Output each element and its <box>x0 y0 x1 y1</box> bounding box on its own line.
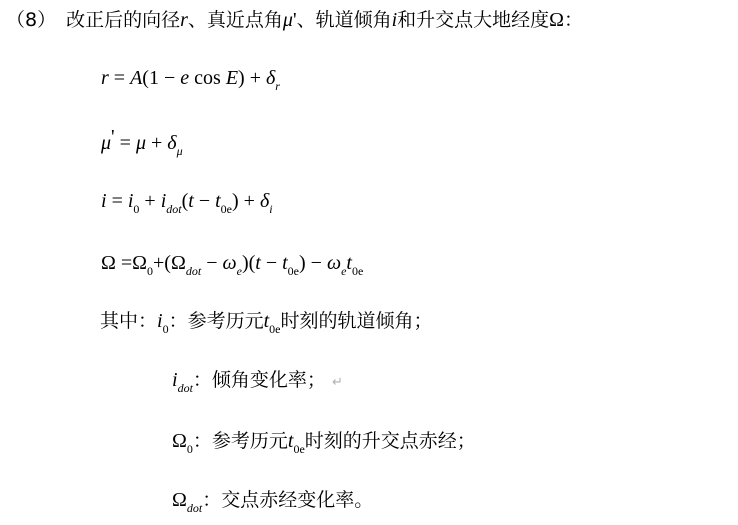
def-sub: 0 <box>163 322 169 336</box>
eq-op: + <box>139 190 160 212</box>
def-text: 倾角变化率； <box>212 369 326 391</box>
eq-var: A <box>130 67 142 89</box>
eq-op: (1 − <box>142 67 180 89</box>
eq-var: e <box>180 67 189 89</box>
def-symbol: i <box>172 369 178 391</box>
heading-text: 、轨道倾角 <box>297 9 392 31</box>
var-r: r <box>180 9 188 31</box>
eq-var: ω <box>222 252 236 274</box>
eq-var: δ <box>260 190 269 212</box>
eq-var: t <box>215 190 221 212</box>
colon: ： <box>193 369 212 391</box>
eq-sub: 0 <box>133 202 139 216</box>
eq-op: ) − <box>299 252 327 274</box>
heading-text: 和升交点大地经度 <box>397 9 549 31</box>
var-mu: μ <box>283 9 293 31</box>
colon: ： <box>564 9 583 31</box>
eq-op: − <box>201 252 222 274</box>
eq-var: Ω <box>132 252 147 274</box>
eq-op: +( <box>153 252 171 274</box>
eq-lhs: μ <box>101 132 111 154</box>
eq-sub: dot <box>186 264 201 278</box>
definition-omegadot: Ωdot：交点赤经变化率。 <box>172 488 373 514</box>
eq-sub: e <box>341 264 346 278</box>
eq-op: = <box>109 67 130 89</box>
eq-lhs: r <box>101 67 109 89</box>
def-sub: dot <box>187 501 202 515</box>
definition-omega0: Ω0：参考历元t0e时刻的升交点赤经； <box>172 429 476 455</box>
eq-sub: e <box>237 264 242 278</box>
eq-op: = <box>116 252 132 274</box>
section-number: （8） <box>6 9 56 31</box>
eq-sub: i <box>269 202 272 216</box>
var-omega: Ω <box>549 9 564 31</box>
eq-sub: r <box>275 79 280 93</box>
eq-op: = <box>107 190 128 212</box>
colon: ： <box>202 489 221 511</box>
eq-sub: 0 <box>147 264 153 278</box>
eq-sub: dot <box>166 202 181 216</box>
def-symbol: i <box>157 310 163 332</box>
prime: ' <box>111 126 115 148</box>
section-heading: （8）改正后的向径r、真近点角μ'、轨道倾角i和升交点大地经度Ω： <box>6 8 583 32</box>
equation-true-anomaly: μ' = μ + δμ <box>101 130 183 157</box>
def-text: 交点赤经变化率。 <box>221 489 373 511</box>
definition-idot: idot：倾角变化率；↵ <box>172 368 343 395</box>
def-text: 时刻的轨道倾角； <box>281 310 433 332</box>
heading-text: 改正后的向径 <box>66 9 180 31</box>
def-symbol: Ω <box>172 489 187 511</box>
colon: ： <box>193 430 212 452</box>
eq-sub: 0e <box>221 202 232 216</box>
definition-i0: 其中：i0：参考历元t0e时刻的轨道倾角； <box>100 309 433 335</box>
def-text: 参考历元 <box>212 430 288 452</box>
eq-op: = <box>115 132 136 154</box>
eq-op: − <box>261 252 282 274</box>
colon: ： <box>169 310 188 332</box>
definitions-intro: 其中： <box>100 310 157 332</box>
def-sub: 0 <box>187 442 193 456</box>
eq-var: μ <box>136 132 146 154</box>
heading-text: 、真近点角 <box>188 9 283 31</box>
eq-var: δ <box>266 67 275 89</box>
def-sub: 0e <box>269 322 280 336</box>
eq-var: Ω <box>171 252 186 274</box>
eq-var: δ <box>167 132 176 154</box>
eq-op: − <box>194 190 215 212</box>
eq-sub: 0e <box>352 264 363 278</box>
def-text: 时刻的升交点赤经； <box>305 430 476 452</box>
eq-op: ) + <box>232 190 260 212</box>
def-symbol: Ω <box>172 430 187 452</box>
eq-op: + <box>146 132 167 154</box>
equation-radius: r = A(1 − e cos E) + δr <box>101 65 280 92</box>
eq-op: )( <box>242 252 255 274</box>
eq-var: E <box>226 67 238 89</box>
eq-sub: 0e <box>288 264 299 278</box>
eq-sub: μ <box>177 144 183 158</box>
eq-lhs: Ω <box>101 252 116 274</box>
equation-node-longitude: Ω =Ω0+(Ωdot − ωe)(t − t0e) − ωet0e <box>101 250 363 277</box>
def-sub: 0e <box>293 442 304 456</box>
def-text: 参考历元 <box>188 310 264 332</box>
def-sub: dot <box>178 381 193 395</box>
equation-inclination: i = i0 + idot(t − t0e) + δi <box>101 188 273 215</box>
eq-op: ) + <box>238 67 266 89</box>
eq-var: ω <box>327 252 341 274</box>
eq-var: t <box>282 252 288 274</box>
eq-op: cos <box>189 67 226 89</box>
paragraph-mark-icon: ↵ <box>332 375 343 390</box>
